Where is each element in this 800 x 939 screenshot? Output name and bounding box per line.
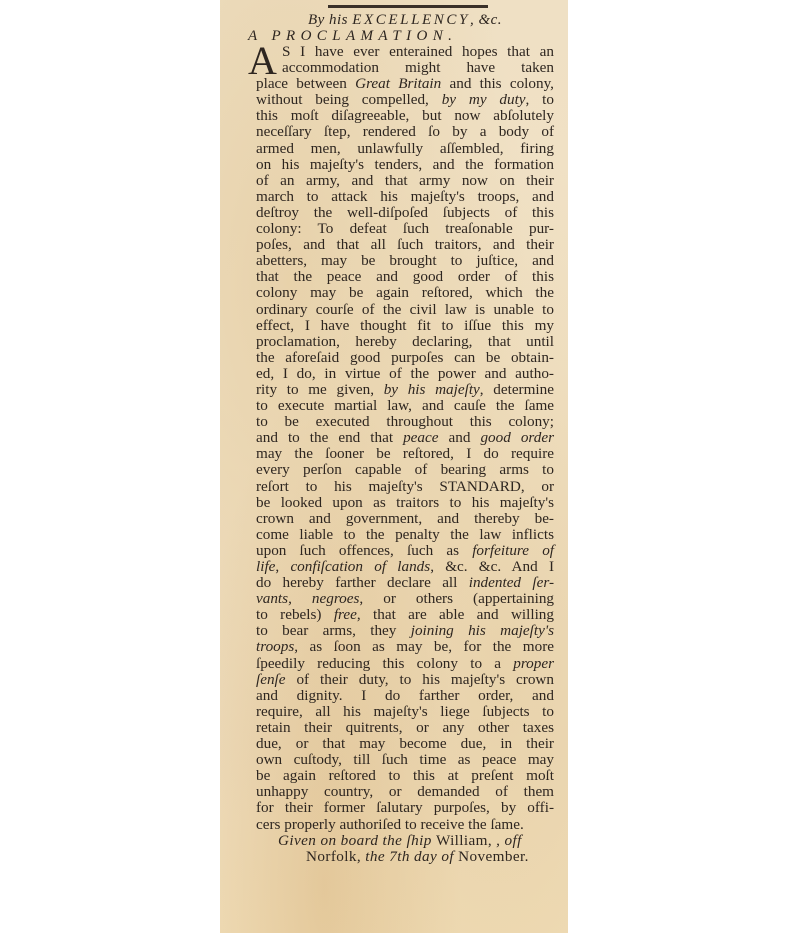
text-line: cers properly authoriſed to receive the … xyxy=(256,817,554,833)
text-line: accommodation might have taken xyxy=(256,60,554,76)
text-line: S I have ever enterained hopes that an xyxy=(256,44,554,60)
text-line: to rebels) free, that are able and willi… xyxy=(256,607,554,623)
text-line: deſtroy the well-diſpoſed ſubjects of th… xyxy=(256,205,554,221)
text-line: every perſon capable of bearing arms to xyxy=(256,462,554,478)
heading-excellency: By his EXCELLENCY, &c. xyxy=(256,12,554,28)
text-line: unhappy country, or demanded of them xyxy=(256,784,554,800)
top-rule xyxy=(328,5,488,8)
text-line: crown and government, and thereby be- xyxy=(256,511,554,527)
text-line: troops, as ſoon as may be, for the more xyxy=(256,639,554,655)
text-line: retain their quitrents, or any other tax… xyxy=(256,720,554,736)
text-line: abetters, may be brought to juſtice, and xyxy=(256,253,554,269)
text-line: be again reſtored to this at preſent moſ… xyxy=(256,768,554,784)
text-line: be looked upon as traitors to his majeſt… xyxy=(256,495,554,511)
text-line: may the ſooner be reſtored, I do require xyxy=(256,446,554,462)
text-line: colony may be again reſtored, which the xyxy=(256,285,554,301)
text-line: of an army, and that army now on their xyxy=(256,173,554,189)
text-line: require, all his majeſty's liege ſubject… xyxy=(256,704,554,720)
text-line: come liable to the penalty the law infli… xyxy=(256,527,554,543)
text-line: and to the end that peace and good order xyxy=(256,430,554,446)
proclamation-text: By his EXCELLENCY, &c. A PROCLAMATION. A… xyxy=(256,12,554,865)
text-line: place between Great Britain and this col… xyxy=(256,76,554,92)
text-line: due, or that may become due, in their xyxy=(256,736,554,752)
text-line: and dignity. I do farther order, and xyxy=(256,688,554,704)
text-line: proclamation, hereby declaring, that unt… xyxy=(256,334,554,350)
text-line: ſpeedily reducing this colony to a prope… xyxy=(256,656,554,672)
text-line: colony: To defeat ſuch treaſonable pur- xyxy=(256,221,554,237)
text-line: this moſt diſagreeable, but now abſolute… xyxy=(256,108,554,124)
text-line: effect, I have thought fit to iſſue this… xyxy=(256,318,554,334)
body-paragraph: A S I have ever enterained hopes that an… xyxy=(256,44,554,833)
text-line: march to attack his majeſty's troops, an… xyxy=(256,189,554,205)
drop-cap: A xyxy=(248,44,277,78)
text-line: reſort to his majeſty's STANDARD, or xyxy=(256,479,554,495)
text-line: upon ſuch offences, ſuch as forfeiture o… xyxy=(256,543,554,559)
text-line: to execute martial law, and cauſe the ſa… xyxy=(256,398,554,414)
text-line: to bear arms, they joining his majeſty's xyxy=(256,623,554,639)
text-line: neceſſary ſtep, rendered ſo by a body of xyxy=(256,124,554,140)
text-line: rity to me given, by his majeſty, determ… xyxy=(256,382,554,398)
text-line: life, confiſcation of lands, &c. &c. And… xyxy=(256,559,554,575)
text-line: to be executed throughout this colony; xyxy=(256,414,554,430)
text-line: vants, negroes, or others (appertaining xyxy=(256,591,554,607)
text-line: ordinary courſe of the civil law is unab… xyxy=(256,302,554,318)
text-line: poſes, and that all ſuch traitors, and t… xyxy=(256,237,554,253)
signature-line-2: Norfolk, the 7th day of November. xyxy=(256,849,554,865)
body-lines: S I have ever enterained hopes that anac… xyxy=(256,44,554,833)
text-line: ſenſe of their duty, to his majeſty's cr… xyxy=(256,672,554,688)
text-line: armed men, unlawfully aſſembled, firing xyxy=(256,141,554,157)
text-line: without being compelled, by my duty, to xyxy=(256,92,554,108)
text-line: do hereby farther declare all indented ſ… xyxy=(256,575,554,591)
text-line: the aforeſaid good purpoſes can be obtai… xyxy=(256,350,554,366)
signature-line-1: Given on board the ſhip William,, off xyxy=(256,833,554,849)
heading-proclamation: A PROCLAMATION. xyxy=(248,28,554,44)
text-line: ed, I do, in virtue of the power and aut… xyxy=(256,366,554,382)
text-line: for their former ſalutary purpoſes, by o… xyxy=(256,800,554,816)
newspaper-clipping: By his EXCELLENCY, &c. A PROCLAMATION. A… xyxy=(220,0,568,933)
text-line: on his majeſty's tenders, and the format… xyxy=(256,157,554,173)
text-line: that the peace and good order of this xyxy=(256,269,554,285)
text-line: own cuſtody, till ſuch time as peace may xyxy=(256,752,554,768)
